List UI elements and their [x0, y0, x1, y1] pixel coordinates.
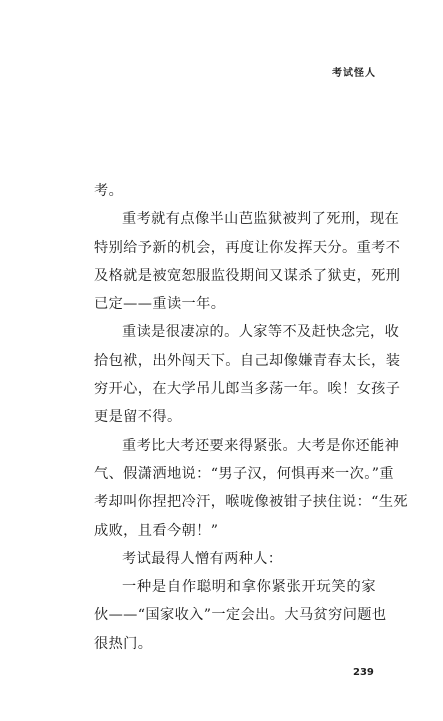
paragraph-first-line: 重考就有点像半山芭监狱被判了死刑，现在 [94, 205, 376, 233]
text-line: 很热门。 [94, 630, 376, 658]
text-line: 气、假潇洒地说：“男子汉，何惧再来一次。”重 [94, 460, 376, 488]
page-number: 239 [353, 667, 374, 678]
text-line: 特别给予新的机会，再度让你发挥天分。重考不 [94, 234, 376, 262]
text-line: 穷开心，在大学吊儿郎当多荡一年。唉！女孩子 [94, 375, 376, 403]
paragraph-first-line: 重考比大考还要来得紧张。大考是你还能神 [94, 432, 376, 460]
text-line: 成败，且看今朝！” [94, 517, 376, 545]
paragraph-first-line: 一种是自作聪明和拿你紧张开玩笑的家 [94, 573, 376, 601]
text-line: 伙——“国家收入”一定会出。大马贫穷问题也 [94, 601, 376, 629]
page-body-text: 考。 重考就有点像半山芭监狱被判了死刑，现在 特别给予新的机会，再度让你发挥天分… [94, 177, 376, 658]
text-line: 考。 [94, 177, 376, 205]
text-line: 及格就是被宽恕服监役期间又谋杀了狱吏，死刑 [94, 262, 376, 290]
paragraph-first-line: 考试最得人憎有两种人： [94, 545, 376, 573]
text-line: 已定——重读一年。 [94, 290, 376, 318]
text-line: 拾包袱，出外闯天下。自己却像嫌青春太长，装 [94, 347, 376, 375]
text-line: 考却叫你捏把冷汗，喉咙像被钳子挟住说：“生死 [94, 488, 376, 516]
paragraph-first-line: 重读是很凄凉的。人家等不及赶快念完，收 [94, 318, 376, 346]
text-line: 更是留不得。 [94, 403, 376, 431]
running-header-title: 考试怪人 [332, 64, 376, 79]
